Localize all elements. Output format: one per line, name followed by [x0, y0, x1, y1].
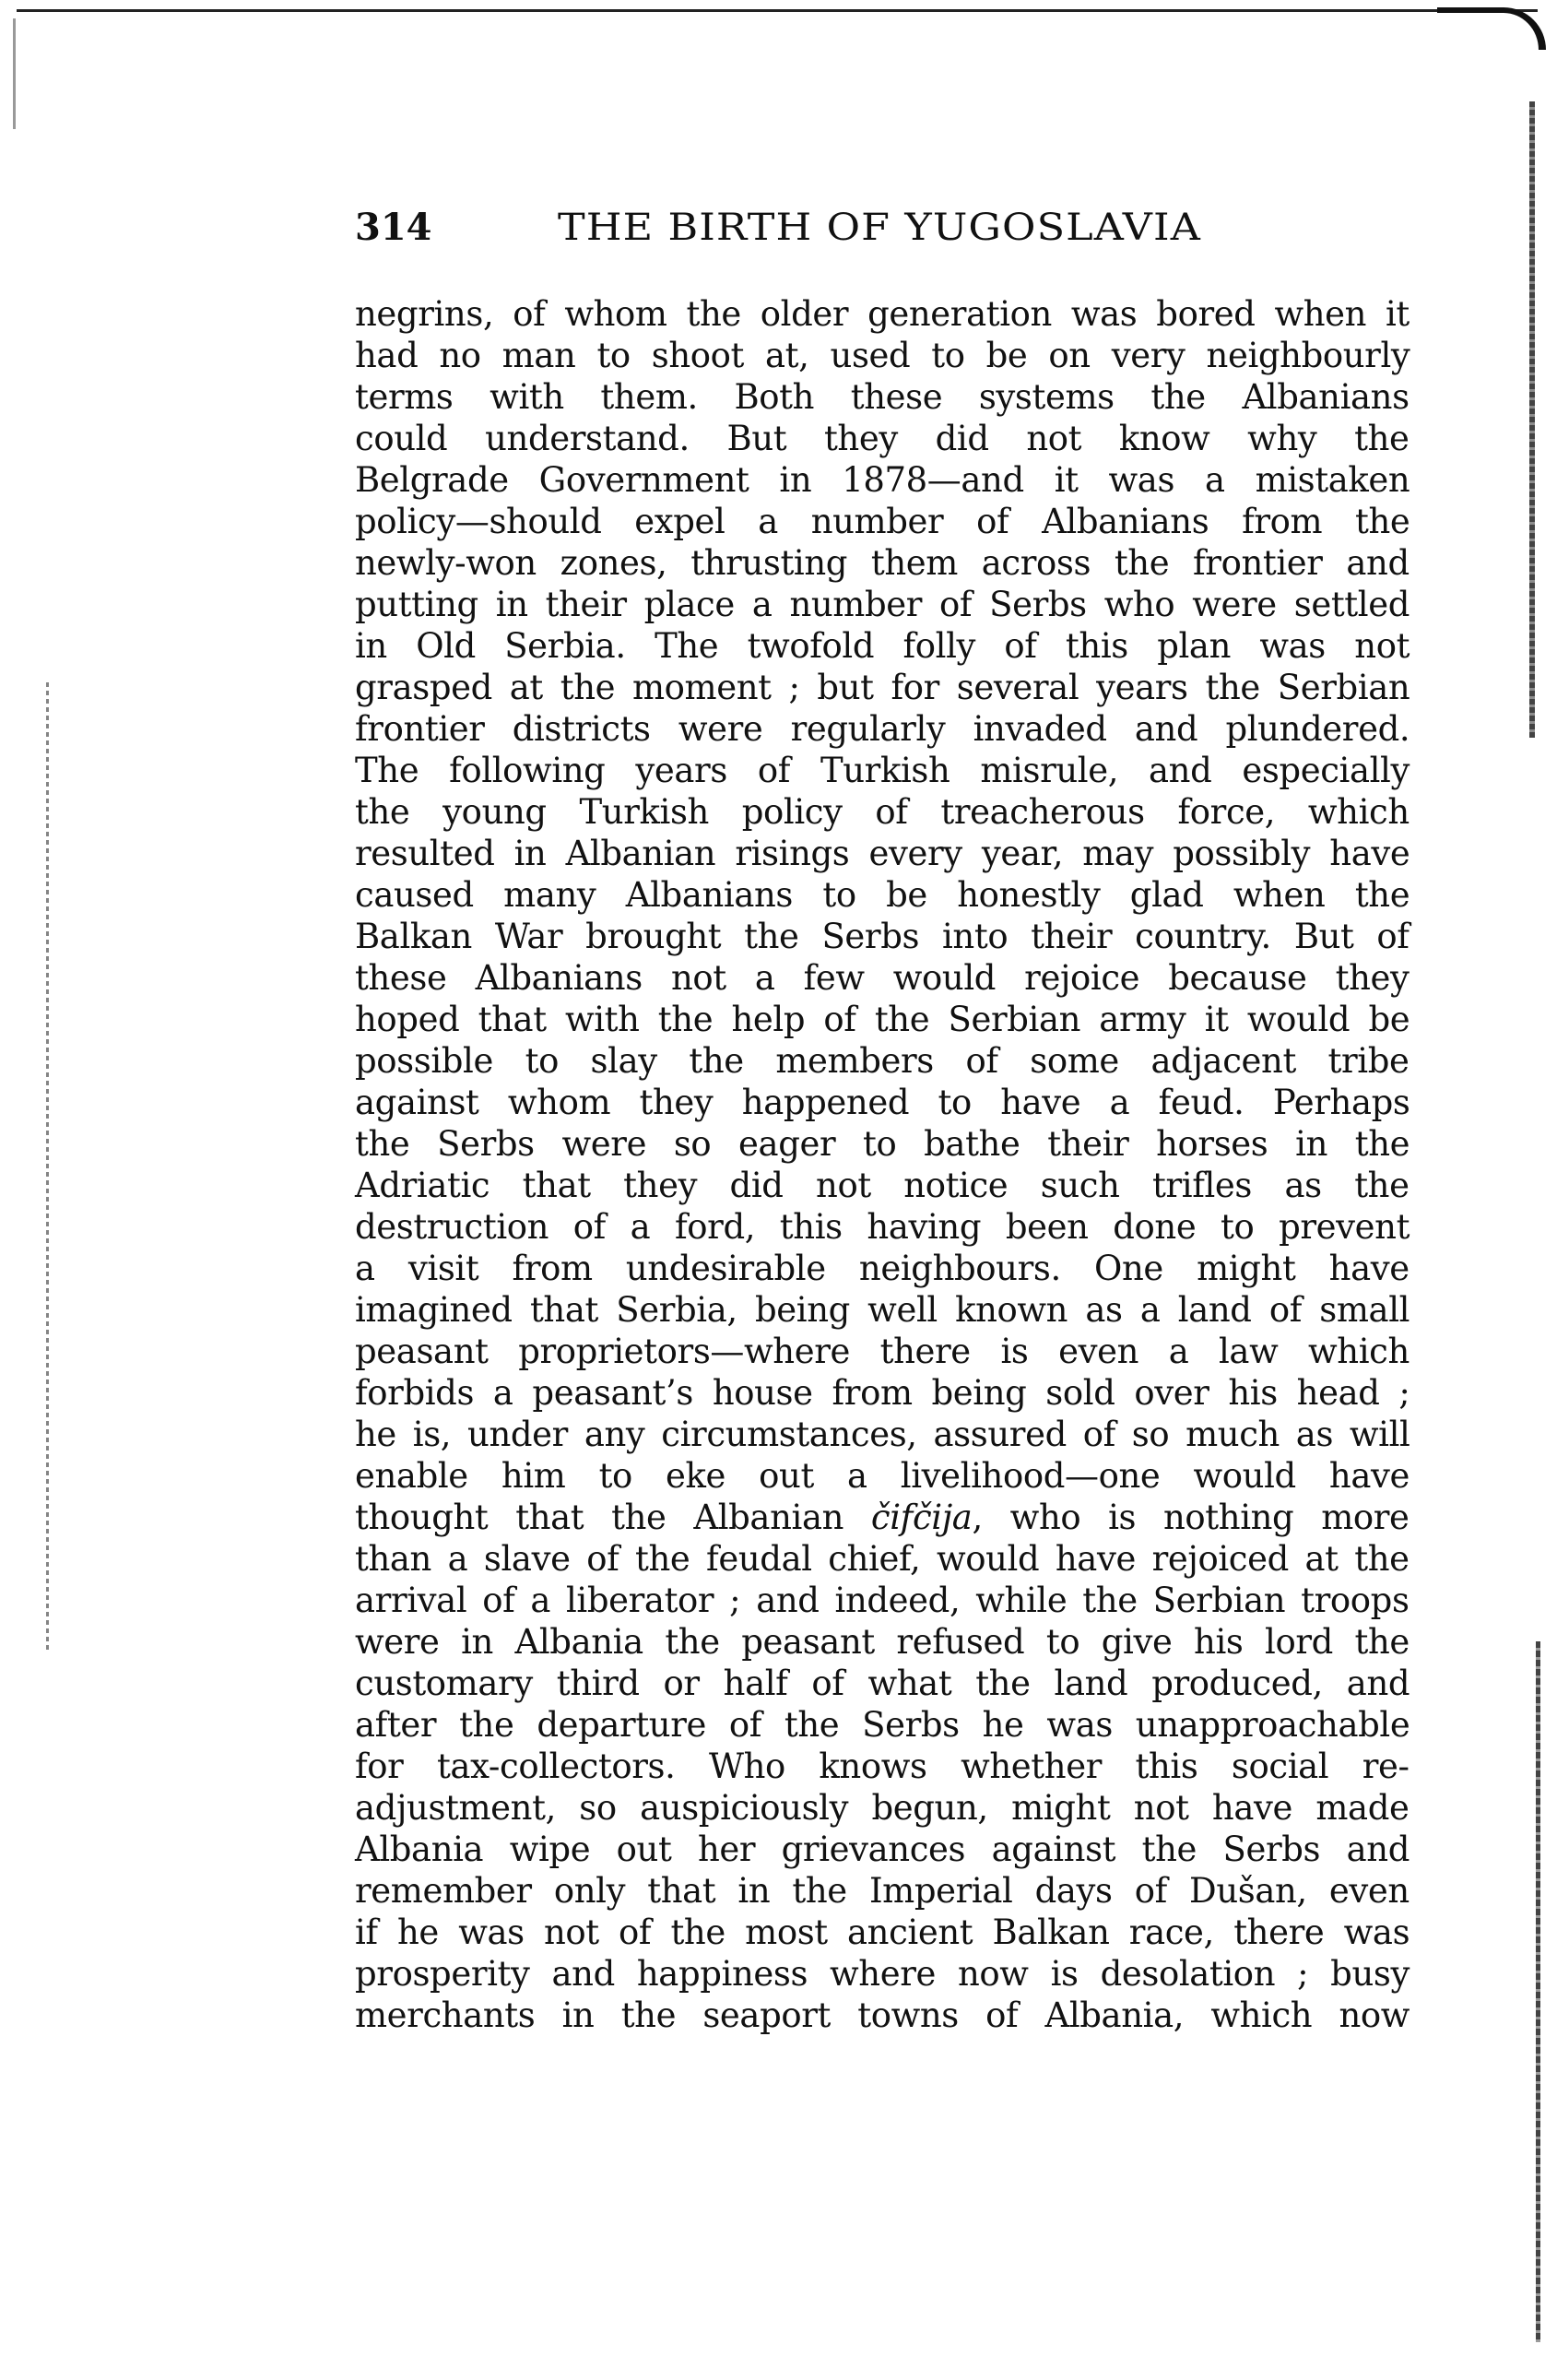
text-line: could understand. But they did not know …: [355, 418, 1410, 459]
scan-edge-left-lower: [46, 682, 49, 1651]
text-line: the Serbs were so eager to bathe their h…: [355, 1123, 1410, 1165]
text-line: had no man to shoot at, used to be on ve…: [355, 335, 1410, 376]
scan-edge-right-lower: [1536, 1641, 1540, 2342]
text-line: after the departure of the Serbs he was …: [355, 1704, 1410, 1746]
text-line: arrival of a liberator ; and indeed, whi…: [355, 1580, 1410, 1621]
text-line: hoped that with the help of the Serbian …: [355, 999, 1410, 1040]
text-line: destruction of a ford, this having been …: [355, 1206, 1410, 1248]
text-line: caused many Albanians to be honestly gla…: [355, 874, 1410, 916]
text-line: terms with them. Both these systems the …: [355, 376, 1410, 418]
text-line: newly-won zones, thrusting them across t…: [355, 542, 1410, 584]
text-line: the young Turkish policy of treacherous …: [355, 791, 1410, 833]
text-line: customary third or half of what the land…: [355, 1663, 1410, 1704]
running-head: 314 THE BIRTH OF YUGOSLAVIA: [355, 205, 1410, 251]
book-page: 314 THE BIRTH OF YUGOSLAVIA negrins, of …: [0, 0, 1557, 2380]
text-line: a visit from undesirable neighbours. One…: [355, 1248, 1410, 1289]
text-line: prosperity and happiness where now is de…: [355, 1953, 1410, 1995]
text-line: forbids a peasant’s house from being sol…: [355, 1372, 1410, 1414]
text-line: policy—should expel a number of Albanian…: [355, 501, 1410, 542]
text-line: than a slave of the feudal chief, would …: [355, 1538, 1410, 1580]
text-line: imagined that Serbia, being well known a…: [355, 1289, 1410, 1331]
text-line: for tax-collectors. Who knows whether th…: [355, 1746, 1410, 1787]
italic-term: čifčija: [871, 1498, 973, 1537]
text-line: merchants in the seaport towns of Albani…: [355, 1995, 1410, 2036]
text-line: peasant proprietors—where there is even …: [355, 1331, 1410, 1372]
text-line: he is, under any circumstances, assured …: [355, 1414, 1410, 1455]
text-line: enable him to eke out a livelihood—one w…: [355, 1455, 1410, 1497]
text-line: if he was not of the most ancient Balkan…: [355, 1912, 1410, 1953]
page-number: 314: [355, 205, 432, 251]
text-line: grasped at the moment ; but for several …: [355, 667, 1410, 708]
text-line: Albania wipe out her grievances against …: [355, 1829, 1410, 1870]
scan-edge-left-upper: [13, 18, 16, 129]
text-line: Belgrade Government in 1878—and it was a…: [355, 459, 1410, 501]
text-line: possible to slay the members of some adj…: [355, 1040, 1410, 1082]
running-title: THE BIRTH OF YUGOSLAVIA: [558, 205, 1201, 251]
text-line: putting in their place a number of Serbs…: [355, 584, 1410, 625]
text-line: adjustment, so auspiciously begun, might…: [355, 1787, 1410, 1829]
text-line: Adriatic that they did not notice such t…: [355, 1165, 1410, 1206]
text-line: frontier districts were regularly invade…: [355, 708, 1410, 750]
body-text: negrins, of whom the older generation wa…: [355, 293, 1410, 2036]
text-line: against whom they happened to have a feu…: [355, 1082, 1410, 1123]
text-line: thought that the Albanian čifčija, who i…: [355, 1497, 1410, 1538]
text-line: The following years of Turkish misrule, …: [355, 750, 1410, 791]
scan-edge-top: [17, 9, 1538, 12]
text-line: remember only that in the Imperial days …: [355, 1870, 1410, 1912]
scan-edge-corner: [1437, 7, 1546, 50]
text-line: were in Albania the peasant refused to g…: [355, 1621, 1410, 1663]
text-line: in Old Serbia. The twofold folly of this…: [355, 625, 1410, 667]
scan-edge-right-upper: [1529, 101, 1535, 738]
text-line: these Albanians not a few would rejoice …: [355, 957, 1410, 999]
text-line: negrins, of whom the older generation wa…: [355, 293, 1410, 335]
text-line: resulted in Albanian risings every year,…: [355, 833, 1410, 874]
text-line: Balkan War brought the Serbs into their …: [355, 916, 1410, 957]
